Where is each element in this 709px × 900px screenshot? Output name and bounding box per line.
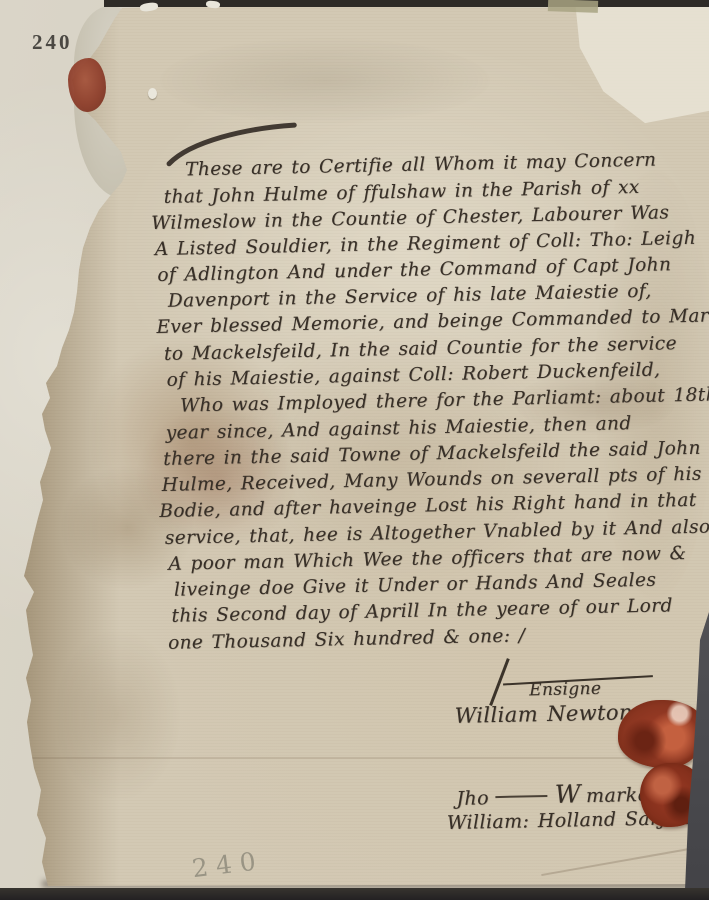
wax-seal-remnant xyxy=(68,58,106,112)
mark-dash xyxy=(495,795,547,798)
ensign-title: Ensigne xyxy=(529,679,602,701)
scan-background-bottom xyxy=(0,888,709,900)
scan-background-top xyxy=(104,0,709,7)
wax-seal xyxy=(618,700,706,768)
mark-symbol: W xyxy=(555,779,578,808)
ensign-signature: William Newton xyxy=(454,700,633,728)
mark-prefix: Jho xyxy=(456,787,489,810)
folio-stamp-number: 240 xyxy=(32,30,73,55)
edge-tape-fragment xyxy=(548,0,598,13)
